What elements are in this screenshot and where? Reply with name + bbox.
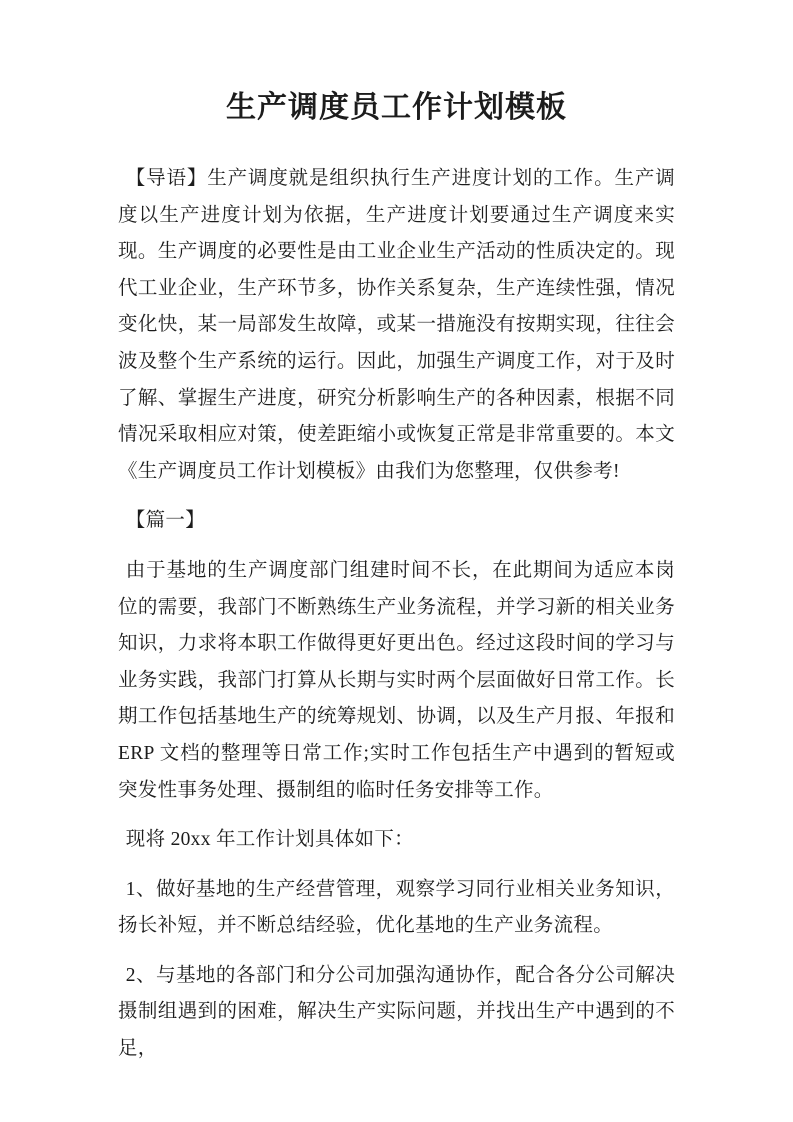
document-page: 生产调度员工作计划模板 【导语】生产调度就是组织执行生产进度计划的工作。生产调度…: [0, 0, 793, 1122]
body-paragraph-plan-intro: 现将 20xx 年工作计划具体如下：: [118, 822, 675, 859]
list-item-1: 1、做好基地的生产经营管理，观察学习同行业相关业务知识，扬长补短，并不断总结经验…: [118, 872, 675, 945]
body-paragraph-overview: 由于基地的生产调度部门组建时间不长，在此期间为适应本岗位的需要，我部门不断熟练生…: [118, 553, 675, 809]
document-title: 生产调度员工作计划模板: [118, 85, 675, 131]
lead-paragraph: 【导语】生产调度就是组织执行生产进度计划的工作。生产调度以生产进度计划为依据，生…: [118, 161, 675, 490]
section-heading-part-one: 【篇一】: [118, 503, 675, 540]
list-item-2: 2、与基地的各部门和分公司加强沟通协作，配合各分公司解决摄制组遇到的困难，解决生…: [118, 958, 675, 1068]
